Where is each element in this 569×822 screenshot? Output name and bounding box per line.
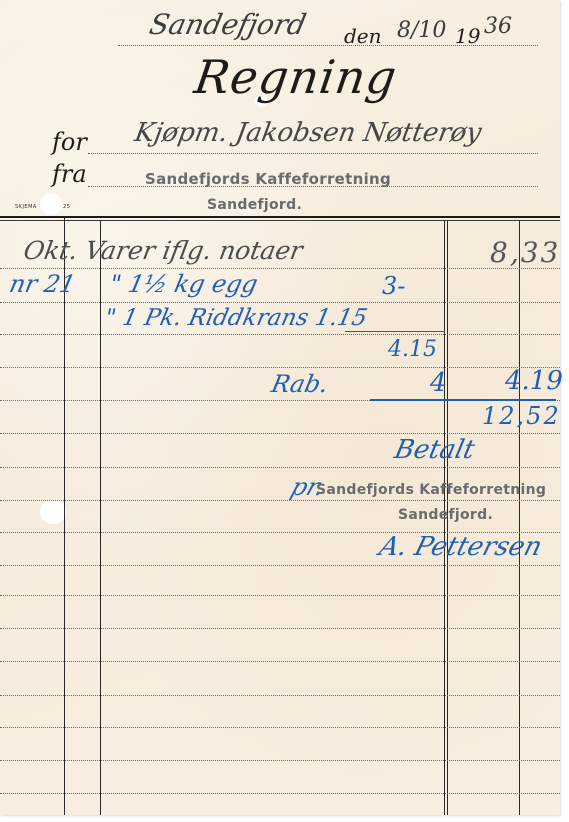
row3-description: " 1 Pk. Riddkrans 1.15 xyxy=(102,305,369,331)
ledger-rule xyxy=(0,695,560,696)
for-label: for xyxy=(52,128,87,156)
ledger-rule xyxy=(0,727,560,728)
row2-description: " 1½ kg egg xyxy=(107,270,260,298)
den-label: den xyxy=(344,24,382,48)
footer-stamp-line2: Sandefjord. xyxy=(398,507,493,523)
column-divider-date xyxy=(64,218,65,815)
fra-label: fra xyxy=(52,160,87,188)
for-line xyxy=(88,153,538,154)
punch-hole-bottom xyxy=(40,500,66,524)
form-code: SKJEMA 25 xyxy=(15,204,70,210)
row4-subamount: 4.15 xyxy=(388,337,437,362)
ledger-rule xyxy=(0,760,560,761)
invoice-title: Regning xyxy=(191,50,400,104)
ledger-rule xyxy=(0,334,560,335)
ledger-rule xyxy=(0,268,560,269)
customer-handwritten: Kjøpm. Jakobsen Nøtterøy xyxy=(132,118,483,148)
ledger-rule xyxy=(0,467,560,468)
date-handwritten: 8/10 xyxy=(397,18,446,43)
ledger-rule xyxy=(0,628,560,629)
ledger-rule xyxy=(0,500,560,501)
place-handwritten: Sandefjord xyxy=(146,8,309,41)
row5-amount: 4.19 xyxy=(505,366,563,396)
total-amount: 12,52 xyxy=(482,402,561,430)
row5-description: Rab. xyxy=(269,370,331,398)
ledger-rule xyxy=(0,595,560,596)
ledger-rule xyxy=(0,661,560,662)
column-divider-no xyxy=(100,221,101,815)
ledger-rule xyxy=(0,565,560,566)
footer-stamp-line1: Sandefjords Kaffeforretning xyxy=(316,482,546,498)
ledger-rule xyxy=(0,302,560,303)
ledger-rule xyxy=(0,433,560,434)
column-divider-ore xyxy=(519,221,520,815)
header-double-rule xyxy=(0,216,560,218)
seller-stamp-line2: Sandefjord. xyxy=(207,197,302,213)
seller-stamp-line1: Sandefjords Kaffeforretning xyxy=(145,170,391,188)
total-underline xyxy=(370,399,556,401)
header-double-rule-thin xyxy=(0,220,560,221)
year-suffix-handwritten: 36 xyxy=(484,14,512,39)
row2-prefix: nr 21 xyxy=(7,270,78,298)
ledger-rule xyxy=(0,793,560,794)
year-prefix: 19 xyxy=(455,24,480,48)
row2-subamount: 3- xyxy=(382,272,405,300)
subtotal-underline xyxy=(345,331,445,332)
row1-description: Okt. Varer iflg. notaer xyxy=(21,236,304,265)
form-code-label: SKJEMA xyxy=(15,204,37,210)
row5-subamount: 4 xyxy=(430,368,447,398)
paid-text: Betalt xyxy=(392,435,478,465)
signature: A. Pettersen xyxy=(376,532,545,562)
ledger-rule xyxy=(0,367,560,368)
row1-amount: 8,33 xyxy=(490,236,560,269)
form-code-number: 25 xyxy=(63,204,70,210)
invoice-paper: Sandefjord den 8/10 19 36 Regning for Kj… xyxy=(0,0,560,815)
